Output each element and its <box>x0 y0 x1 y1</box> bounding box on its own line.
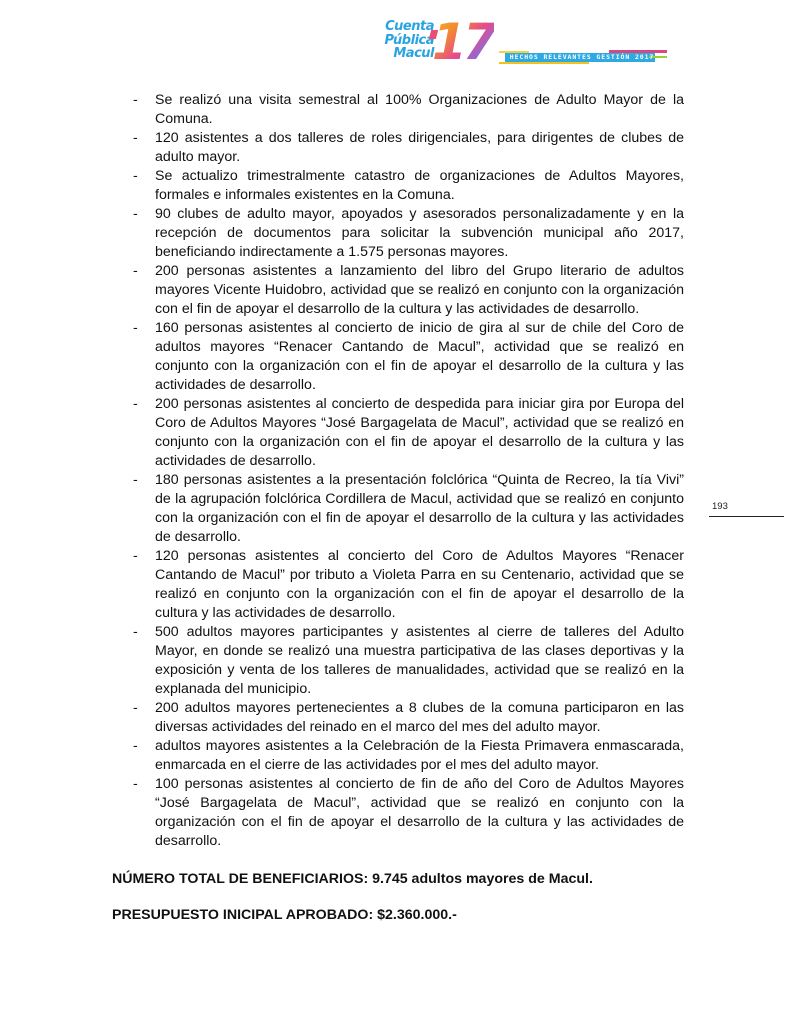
list-item-text: 120 asistentes a dos talleres de roles d… <box>155 130 684 165</box>
logo-wordmark: Cuenta Pública Macul <box>368 20 434 61</box>
list-item-text: Se realizó una visita semestral al 100% … <box>155 92 684 127</box>
list-item-text: 200 personas asistentes a lanzamiento de… <box>155 263 684 317</box>
activity-list: -Se realizó una visita semestral al 100%… <box>112 91 684 851</box>
bullet-dash: - <box>133 737 138 756</box>
bullet-dash: - <box>133 471 138 490</box>
list-item-text: Se actualizo trimestralmente catastro de… <box>155 168 684 203</box>
page-number: 193 <box>712 501 728 512</box>
bullet-dash: - <box>133 129 138 148</box>
list-item-text: 120 personas asistentes al concierto del… <box>155 548 684 621</box>
list-item-text: 100 personas asistentes al concierto de … <box>155 776 684 849</box>
list-item: -500 adultos mayores participantes y asi… <box>112 623 684 699</box>
logo-line-cuenta: Cuenta <box>368 20 434 34</box>
list-item: -120 personas asistentes al concierto de… <box>112 547 684 623</box>
logo-line-macul: Macul <box>368 47 434 61</box>
list-item: -200 adultos mayores pertenecientes a 8 … <box>112 699 684 737</box>
logo-year-number: 17 <box>432 14 494 70</box>
list-item: -180 personas asistentes a la presentaci… <box>112 471 684 547</box>
cuenta-publica-logo: Cuenta Pública Macul 17 <box>368 20 498 72</box>
list-item: -90 clubes de adulto mayor, apoyados y a… <box>112 205 684 262</box>
list-item-text: 160 personas asistentes al concierto de … <box>155 320 684 393</box>
bullet-dash: - <box>133 775 138 794</box>
list-item: -160 personas asistentes al concierto de… <box>112 319 684 395</box>
list-item: -adultos mayores asistentes a la Celebra… <box>112 737 684 775</box>
list-item: -200 personas asistentes al concierto de… <box>112 395 684 471</box>
list-item: -200 personas asistentes a lanzamiento d… <box>112 262 684 319</box>
list-item-text: 90 clubes de adulto mayor, apoyados y as… <box>155 206 684 260</box>
list-item-text: 200 adultos mayores pertenecientes a 8 c… <box>155 700 684 735</box>
bullet-dash: - <box>133 262 138 281</box>
list-item-text: 200 personas asistentes al concierto de … <box>155 396 684 469</box>
bullet-dash: - <box>133 623 138 642</box>
bullet-dash: - <box>133 319 138 338</box>
page-number-rule <box>709 516 784 517</box>
list-item-text: 180 personas asistentes a la presentació… <box>155 472 684 545</box>
list-item: -120 asistentes a dos talleres de roles … <box>112 129 684 167</box>
bullet-dash: - <box>133 547 138 566</box>
banner-label: HECHOS RELEVANTES GESTIÓN 2017 <box>509 52 655 63</box>
list-item-text: 500 adultos mayores participantes y asis… <box>155 624 684 697</box>
list-item: -Se realizó una visita semestral al 100%… <box>112 91 684 129</box>
initial-budget: PRESUPUESTO INICIPAL APROBADO: $2.360.00… <box>112 906 457 925</box>
bullet-dash: - <box>133 205 138 224</box>
total-beneficiaries: NÚMERO TOTAL DE BENEFICIARIOS: 9.745 adu… <box>112 870 593 889</box>
list-item: -Se actualizo trimestralmente catastro d… <box>112 167 684 205</box>
list-item-text: adultos mayores asistentes a la Celebrac… <box>155 738 684 773</box>
logo-line-publica: Pública <box>368 34 434 48</box>
bullet-dash: - <box>133 395 138 414</box>
list-item: -100 personas asistentes al concierto de… <box>112 775 684 851</box>
bullet-dash: - <box>133 167 138 186</box>
bullet-dash: - <box>133 91 138 110</box>
header-banner: HECHOS RELEVANTES GESTIÓN 2017 <box>499 50 669 64</box>
bullet-dash: - <box>133 699 138 718</box>
document-body: -Se realizó una visita semestral al 100%… <box>112 91 684 851</box>
